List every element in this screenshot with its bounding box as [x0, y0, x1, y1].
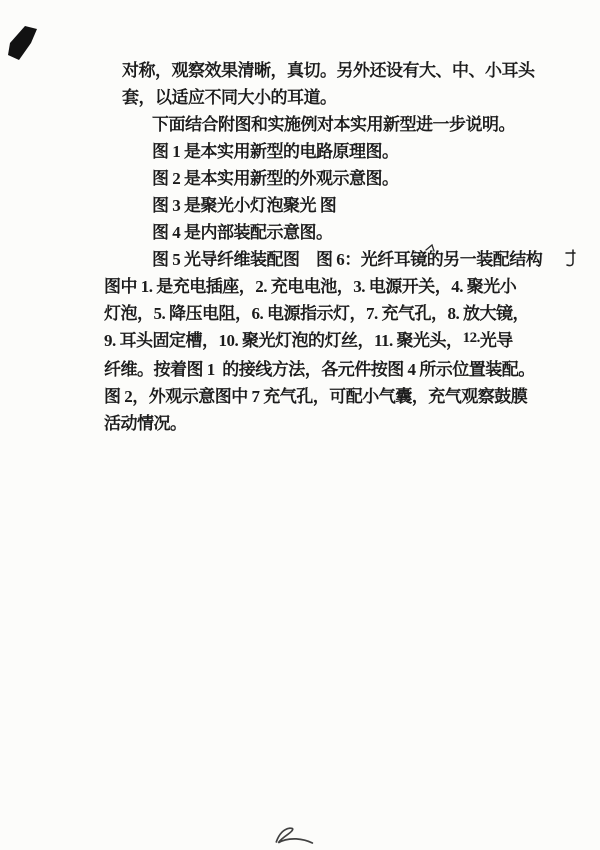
text-line-12: 纤维。按着图 1 的接线方法，各元件按图 4 所示位置装配。 — [104, 356, 556, 383]
handwritten-annotation-mark — [565, 249, 579, 268]
ink-blot-mark — [6, 24, 40, 62]
scanned-document-page: 对称，观察效果清晰，真切。另外还设有大、中、小耳头套，以适应不同大小的耳道。下面… — [0, 0, 600, 850]
text-line-13: 图 2，外观示意图中 7 充气孔，可配小气囊，充气观察鼓膜 — [104, 383, 556, 410]
text-line-4: 图 1 是本实用新型的电路原理图。 — [104, 138, 556, 165]
handwritten-tick-mark — [425, 243, 437, 253]
text-line-2: 套，以适应不同大小的耳道。 — [104, 84, 556, 111]
text-line-1: 对称，观察效果清晰，真切。另外还设有大、中、小耳头 — [104, 57, 556, 84]
text-line-14: 活动情况。 — [104, 410, 556, 437]
text-line-11: 9. 耳头固定槽，10. 聚光灯泡的灯丝，11. 聚光头，12.光导 — [104, 327, 556, 356]
text-line-6: 图 3 是聚光小灯泡聚光 图 — [104, 192, 556, 219]
text-line-5: 图 2 是本实用新型的外观示意图。 — [104, 165, 556, 192]
document-text-block: 对称，观察效果清晰，真切。另外还设有大、中、小耳头套，以适应不同大小的耳道。下面… — [104, 57, 556, 437]
text-line-8: 图 5 光导纤维装配图 图 6：光纤耳镜的另一装配结构 — [104, 246, 556, 273]
text-line-10: 灯泡，5. 降压电阻，6. 电源指示灯，7. 充气孔，8. 放大镜， — [104, 300, 556, 327]
text-line-3: 下面结合附图和实施例对本实用新型进一步说明。 — [104, 111, 556, 138]
text-line-9: 图中 1. 是充电插座，2. 充电电池，3. 电源开关，4. 聚光小 — [104, 273, 556, 300]
text-line-7: 图 4 是内部装配示意图。 — [104, 219, 556, 246]
handwritten-page-number — [269, 821, 318, 850]
